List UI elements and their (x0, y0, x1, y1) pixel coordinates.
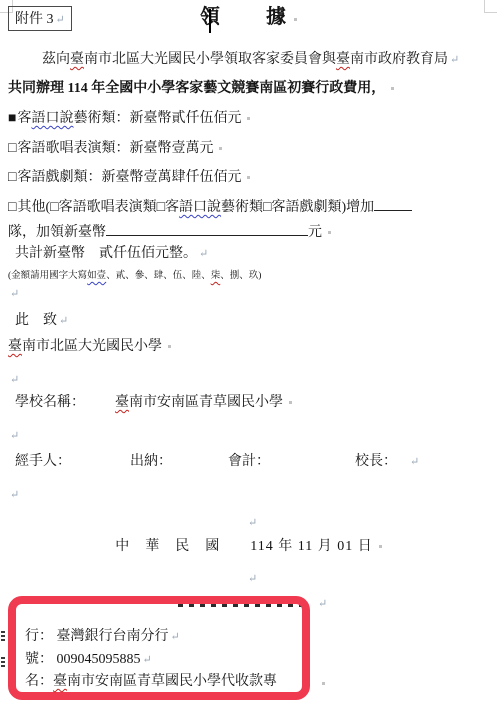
option-line-extra-amount: 隊，加領新臺幣元 (8, 222, 331, 242)
signature-handler-label: 經手人： (15, 453, 71, 471)
clipped-glyph-fragment (1, 631, 5, 641)
bank-branch-line: 行： 臺灣銀行台南分行↵ (25, 625, 180, 645)
option-text: 藝術類□客語戲劇類)增加 (221, 200, 374, 215)
pilcrow-line: ↵ (316, 595, 327, 613)
total-amount-value: 貳仟伍佰元整。 (99, 246, 197, 261)
pilcrow-icon: ↵ (318, 598, 327, 610)
paragraph-text: 南市政府教育局 (350, 52, 448, 67)
body-paragraph-2: 共同辦理 114 年全國中小學客家藝文競賽南區初賽行政費用， (8, 80, 394, 98)
pilcrow-icon: ↵ (10, 430, 19, 442)
space-mark-icon (247, 176, 250, 179)
spellcheck-red-underline: 臺 (53, 674, 67, 689)
pilcrow-icon: ↵ (248, 573, 257, 585)
spellcheck-red-underline: 臺 (70, 52, 84, 67)
total-label: 共計新臺幣 (15, 246, 85, 261)
signature-cashier-label: 出納： (130, 453, 172, 471)
school-name-line: 學校名稱：臺南市安南區青草國民小學 (15, 394, 292, 412)
pilcrow-icon: ↵ (199, 248, 208, 260)
paragraph-text: 茲向 (42, 52, 70, 67)
option-line-singing: □客語歌唱表演類：新臺幣壹萬元 (8, 140, 222, 158)
option-line-oral-arts: ■客語口說藝術類：新臺幣貳仟伍佰元 (8, 110, 250, 128)
pilcrow-icon: ↵ (10, 374, 19, 386)
note-text: (金額請用國字大寫 (8, 271, 87, 281)
document-title: 領 據 (200, 6, 288, 28)
payer-school-line: 臺南市北區大光國民小學 (8, 338, 171, 356)
spellcheck-blue-underline: 語口說 (31, 111, 73, 126)
fill-in-blank-amount (106, 222, 308, 236)
space-mark-icon (247, 117, 250, 120)
checkbox-checked-icon: ■ (8, 110, 16, 128)
option-text: 客語歌唱表演類：新臺幣壹萬元 (17, 141, 213, 156)
option-line-other: □其他(□客語歌唱表演類□客語口說藝術類□客語戲劇類)增加 (8, 197, 412, 217)
pilcrow-icon: ↵ (248, 517, 257, 529)
bank-branch-label: 行： (25, 629, 53, 644)
option-text: 藝術類：新臺幣貳仟伍佰元 (73, 111, 241, 126)
bank-branch-value: 臺灣銀行台南分行 (57, 629, 169, 644)
red-annotation-box: 行： 臺灣銀行台南分行↵ 號： 009045095885↵ 名：臺南市安南區青草… (8, 596, 310, 700)
signature-principal-label: 校長： (355, 453, 397, 471)
roc-date-line: 中 華 民 國 114 年 11 月 01 日 (0, 538, 497, 556)
empty-paragraph: ↵ (8, 371, 19, 389)
pilcrow-icon: ↵ (410, 453, 419, 471)
paragraph-text: 南市北區大光國民小學領取客家委員會與 (84, 52, 336, 67)
option-text: 客語戲劇類：新臺幣壹萬肆仟伍佰元 (17, 170, 241, 185)
option-text: 客 (17, 111, 31, 126)
empty-paragraph: ↵ (8, 285, 19, 303)
space-mark-icon (391, 87, 394, 90)
note-text: 、貳、參、肆、伍、陸、 (106, 271, 211, 281)
checkbox-unchecked-icon: □ (8, 140, 16, 158)
amount-format-note: (金額請用國字大寫如壹、貳、參、肆、伍、陸、柒、捌、玖) (8, 267, 261, 285)
paragraph-text: 共同辦理 114 年全國中小學客家藝文競賽南區初賽行政費用， (8, 81, 385, 96)
roc-date-text: 中 華 民 國 114 年 11 月 01 日 (115, 539, 372, 554)
note-text: 、捌、玖) (220, 271, 261, 281)
pilcrow-icon: ↵ (10, 288, 19, 300)
spellcheck-red-underline: 臺 (336, 52, 350, 67)
spellcheck-blue-underline: 如壹 (87, 271, 106, 281)
pilcrow-icon: ↵ (143, 654, 152, 666)
document-title-line: 領 據 (0, 8, 497, 26)
closing-salutation: 此 致↵ (15, 312, 68, 330)
signature-accountant-label: 會計： (228, 453, 270, 471)
total-amount-line: 共計新臺幣貳仟伍佰元整。↵ (15, 245, 208, 263)
empty-paragraph: ↵ (246, 570, 257, 588)
empty-paragraph: ↵ (246, 514, 257, 532)
empty-paragraph: ↵ (8, 427, 19, 445)
pilcrow-icon: ↵ (450, 54, 459, 66)
empty-paragraph: ↵ (8, 486, 19, 504)
space-mark-icon (322, 682, 325, 685)
checkbox-unchecked-icon: □ (8, 169, 16, 187)
spellcheck-red-underline: 臺 (115, 395, 129, 410)
pilcrow-icon: ↵ (171, 631, 180, 643)
option-text: 元 (308, 225, 322, 240)
spellcheck-red-underline: 臺 (8, 339, 22, 354)
option-line-drama: □客語戲劇類：新臺幣壹萬肆仟伍佰元 (8, 169, 250, 187)
school-name-value: 南市安南區青草國民小學 (129, 395, 283, 410)
account-holder-value: 南市安南區青草國民小學代收款專 (67, 674, 277, 689)
school-name-label: 學校名稱： (15, 395, 85, 410)
option-text: 隊，加領新臺幣 (8, 225, 106, 240)
space-mark-icon (379, 545, 382, 548)
bank-account-label: 號： (25, 652, 53, 667)
body-paragraph-1: 茲向臺南市北區大光國民小學領取客家委員會與臺南市政府教育局↵ (42, 51, 459, 69)
clipped-glyph-fragment (1, 657, 5, 667)
fill-in-blank-teams (374, 197, 412, 211)
closing-text: 此 致 (15, 313, 57, 328)
account-holder-line: 名：臺南市安南區青草國民小學代收款專 (25, 670, 277, 690)
checkbox-unchecked-icon: □ (8, 199, 16, 217)
space-mark-icon (168, 345, 171, 348)
signature-row: 經手人： 出納： 會計： 校長： ↵ (0, 453, 497, 471)
space-mark-icon (294, 18, 297, 21)
document-page: 附件 3↵ 領 據 茲向臺南市北區大光國民小學領取客家委員會與臺南市政府教育局↵… (0, 0, 497, 706)
bank-account-line: 號： 009045095885↵ (25, 648, 152, 668)
space-mark-icon (289, 401, 292, 404)
payer-school-name: 南市北區大光國民小學 (22, 339, 162, 354)
bank-account-number: 009045095885 (57, 652, 141, 667)
pilcrow-icon: ↵ (59, 315, 68, 327)
pilcrow-icon: ↵ (10, 489, 19, 501)
spellcheck-blue-underline: 語口說 (179, 200, 221, 215)
space-mark-icon (328, 231, 331, 234)
option-text: 其他(□客語歌唱表演類□客 (17, 200, 179, 215)
text-cursor (209, 9, 211, 33)
spellcheck-red-underline: 柒 (211, 271, 221, 281)
account-holder-label: 名： (25, 674, 53, 689)
space-mark-icon (219, 147, 222, 150)
